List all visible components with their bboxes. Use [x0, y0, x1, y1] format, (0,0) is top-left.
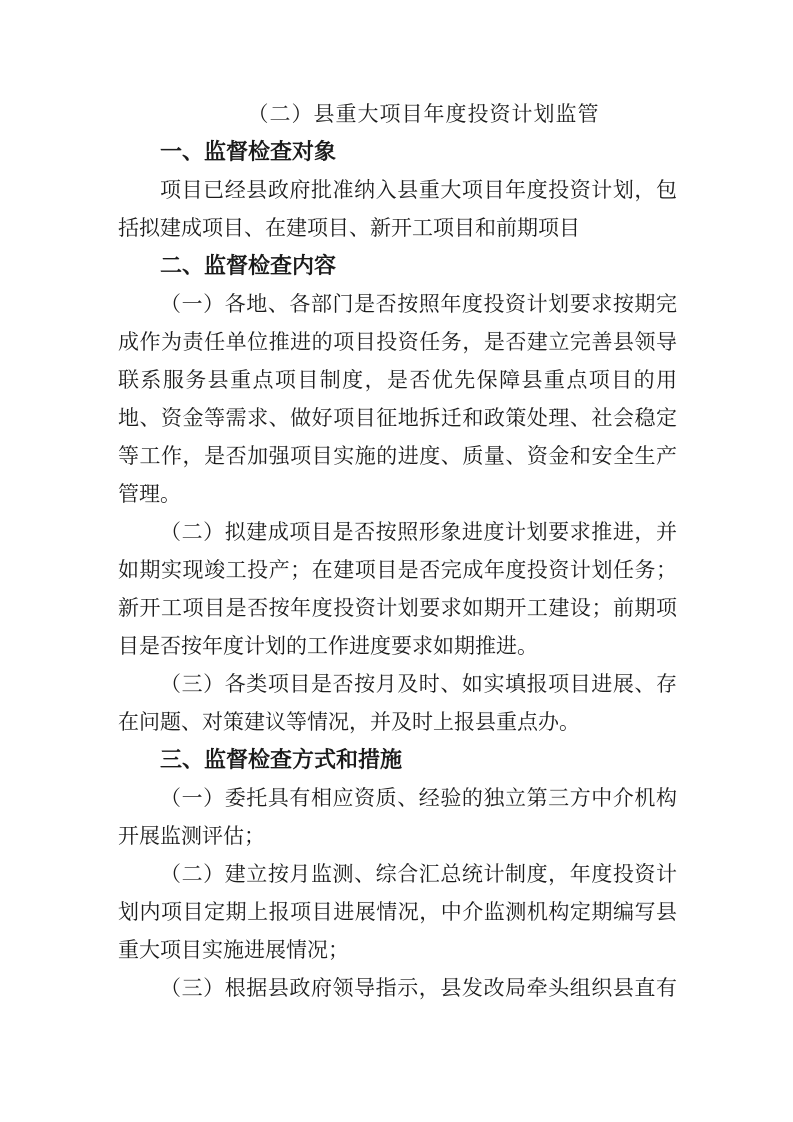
paragraph: （三）各类项目是否按月及时、如实填报项目进展、存在问题、对策建议等情况，并及时上…	[118, 665, 677, 741]
document-title: （二）县重大项目年度投资计划监管	[144, 95, 703, 133]
document-page: （二）县重大项目年度投资计划监管 一、监督检查对象 项目已经县政府批准纳入县重大…	[0, 0, 793, 1122]
paragraph: （一）委托具有相应资质、经验的独立第三方中介机构开展监测评估；	[118, 779, 677, 855]
paragraph: （一）各地、各部门是否按照年度投资计划要求按期完成作为责任单位推进的项目投资任务…	[118, 285, 677, 513]
paragraph: 项目已经县政府批准纳入县重大项目年度投资计划，包括拟建成项目、在建项目、新开工项…	[118, 171, 677, 247]
section-heading-3: 三、监督检查方式和措施	[118, 741, 677, 779]
paragraph-truncated-at-page-end: （三）根据县政府领导指示，县发改局牵头组织县直有	[118, 969, 677, 1007]
section-heading-1: 一、监督检查对象	[118, 133, 677, 171]
section-heading-2: 二、监督检查内容	[118, 247, 677, 285]
paragraph: （二）建立按月监测、综合汇总统计制度，年度投资计划内项目定期上报项目进展情况，中…	[118, 855, 677, 969]
document-content: （二）县重大项目年度投资计划监管 一、监督检查对象 项目已经县政府批准纳入县重大…	[118, 95, 677, 1007]
paragraph: （二）拟建成项目是否按照形象进度计划要求推进，并如期实现竣工投产；在建项目是否完…	[118, 513, 677, 665]
